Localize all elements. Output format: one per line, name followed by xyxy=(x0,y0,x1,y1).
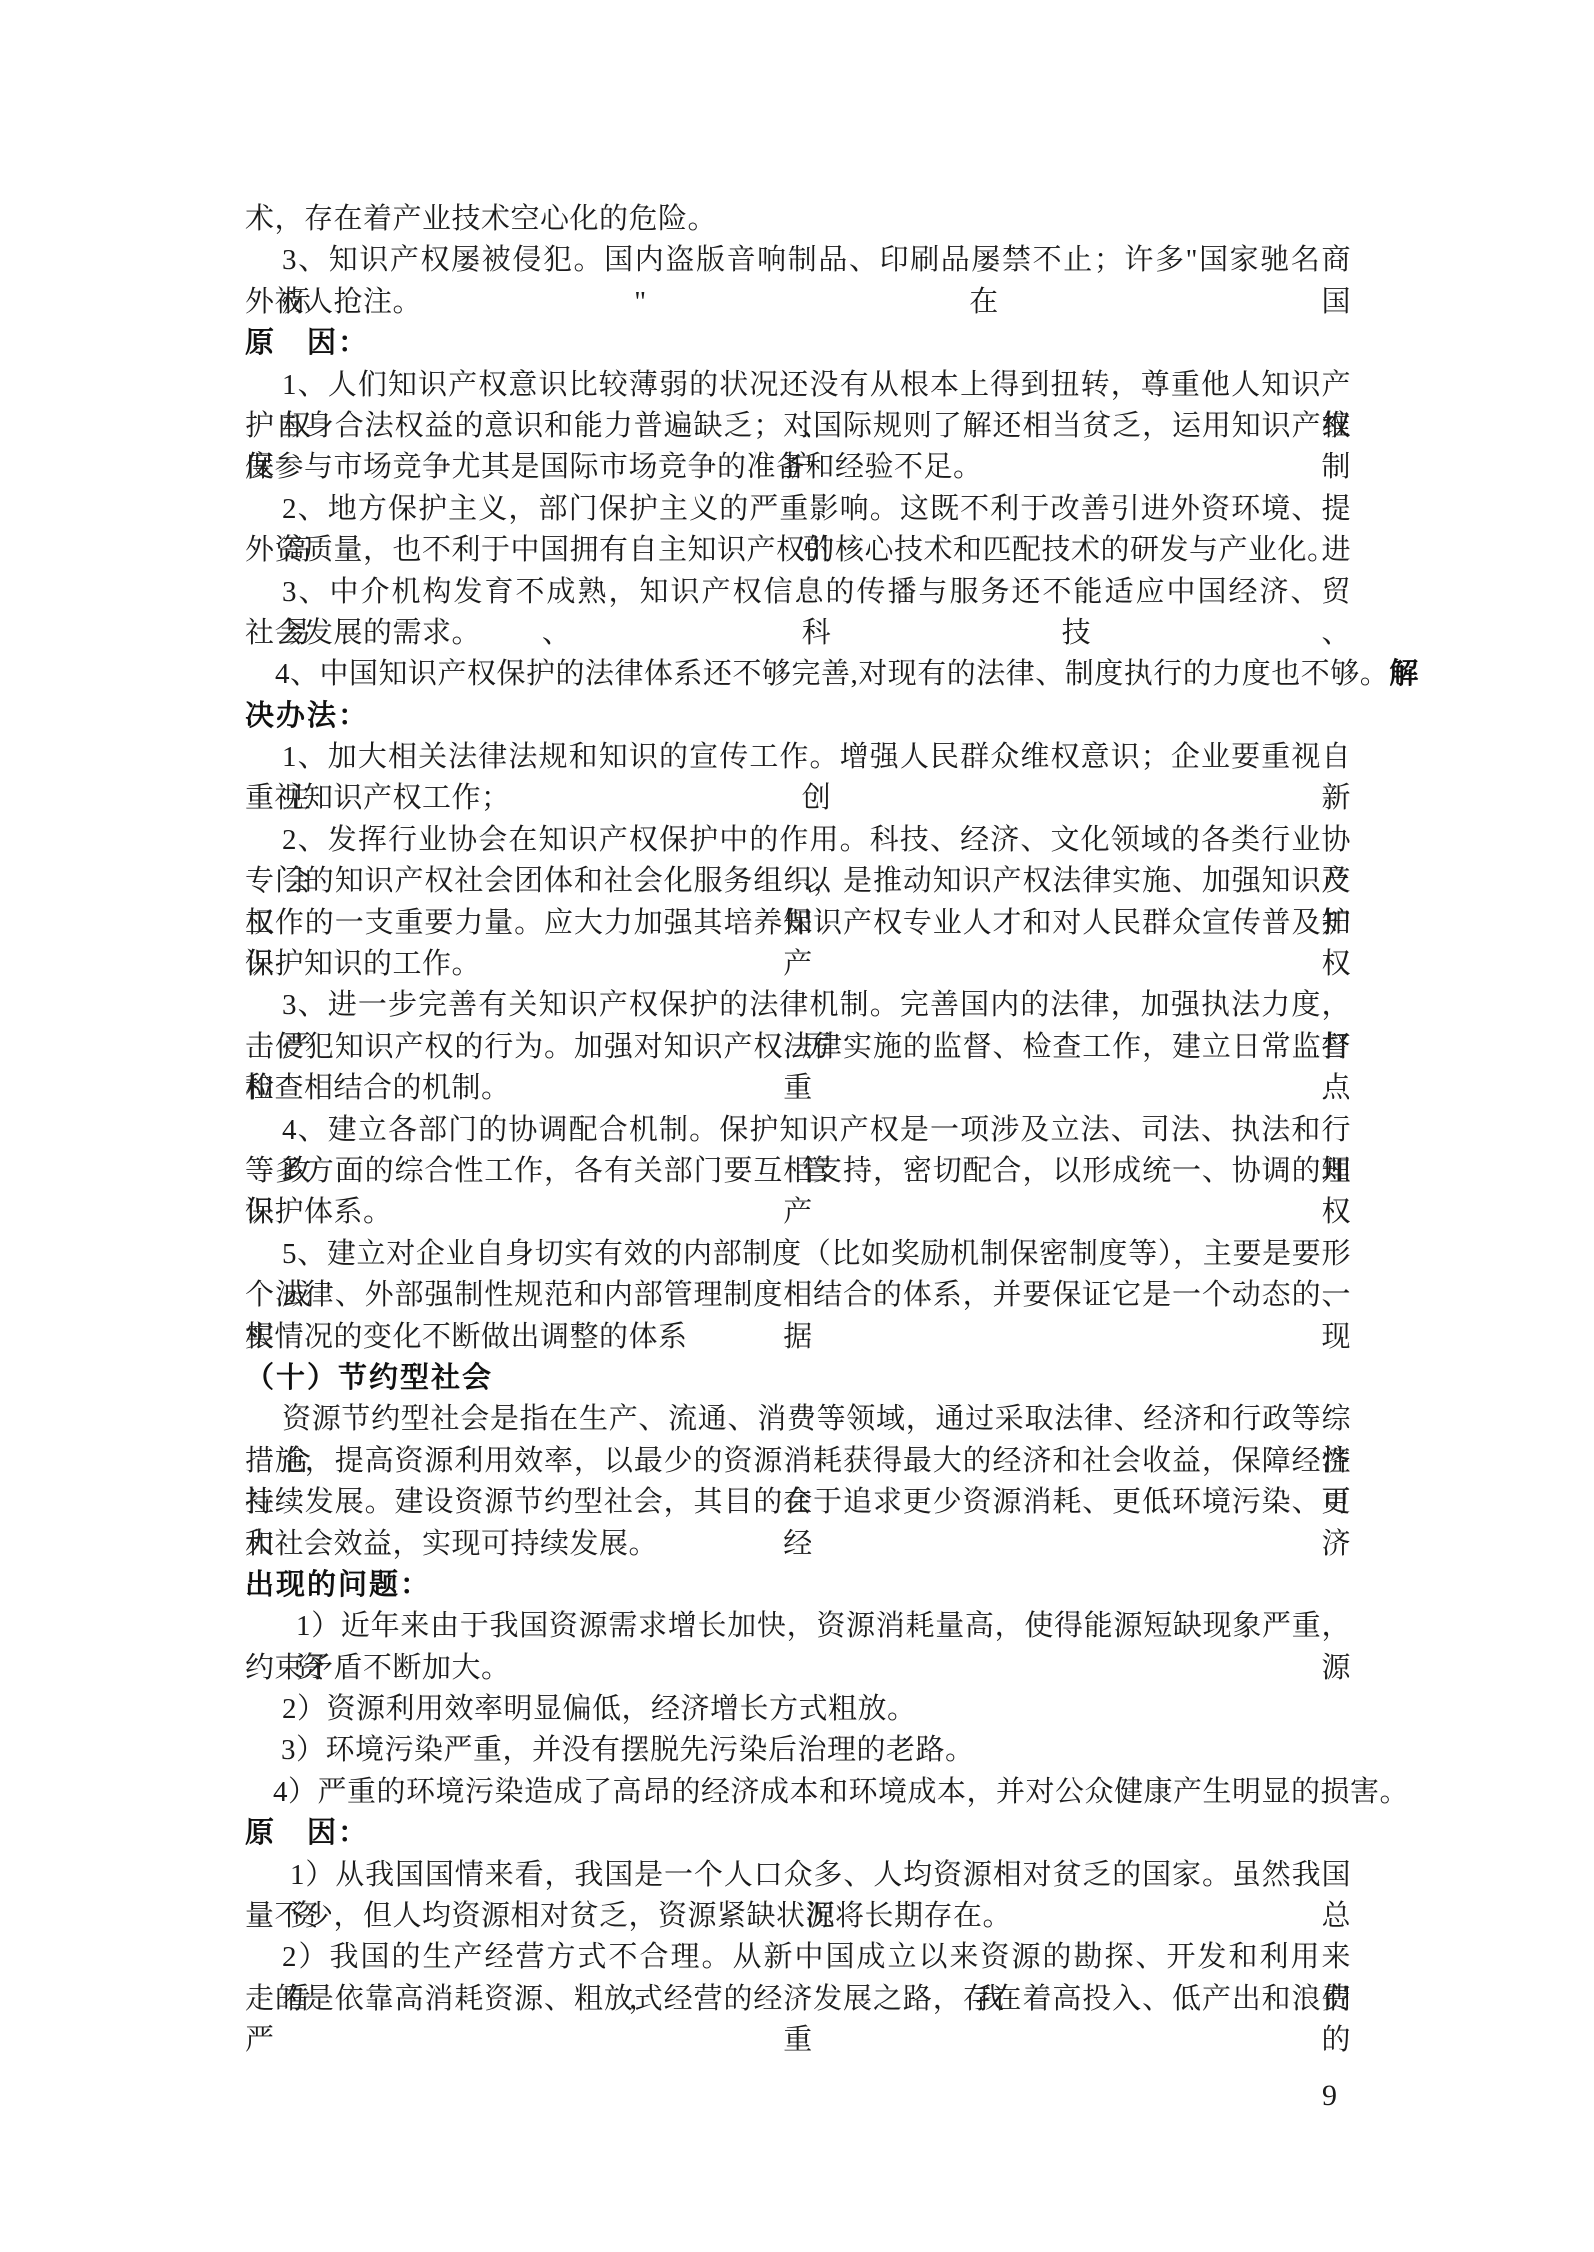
line-text: 度参与市场竞争尤其是国际市场竞争的准备和经验不足。 xyxy=(245,451,983,483)
text-line: 持续发展。建设资源节约型社会，其目的在于追求更少资源消耗、更低环境污染、更大经济 xyxy=(245,1482,1351,1523)
line-text: 出现的问题： xyxy=(245,1569,431,1601)
heading-line: （十）节约型社会 xyxy=(245,1358,1351,1399)
text-line: 走的是依靠高消耗资源、粗放式经营的经济发展之路，存在着高投入、低产出和浪费严重的 xyxy=(245,1979,1351,2020)
line-text: 走的是依靠高消耗资源、粗放式经营的经济发展之路，存在着高投入、低产出和浪费严重的 xyxy=(245,1983,1351,2056)
line-text: 和社会效益，实现可持续发展。 xyxy=(245,1528,658,1560)
heading-line: 决办法： xyxy=(245,696,1351,737)
text-line: 护自身合法权益的意识和能力普遍缺乏；对国际规则了解还相当贫乏，运用知识产权保护制 xyxy=(245,406,1351,447)
text-line: 3、知识产权屡被侵犯。国内盗版音响制品、印刷品屡禁不止；许多"国家驰名商标"在国 xyxy=(245,240,1351,281)
text-line: 2、发挥行业协会在知识产权保护中的作用。科技、经济、文化领域的各类行业协会以及 xyxy=(245,820,1351,861)
line-text: 社会发展的需求。 xyxy=(245,617,481,649)
heading-line: 原 因： xyxy=(245,1813,1351,1854)
text-line: 4）严重的环境污染造成了高昂的经济成本和环境成本，并对公众健康产生明显的损害。 xyxy=(245,1772,1351,1813)
text-line: 1）近年来由于我国资源需求增长加快，资源消耗量高，使得能源短缺现象严重，资源 xyxy=(245,1606,1351,1647)
line-text: 保护体系。 xyxy=(245,1196,393,1228)
text-line: 1、加大相关法律法规和知识的宣传工作。增强人民群众维权意识；企业要重视自主创新 xyxy=(245,737,1351,778)
line-text: 检查相结合的机制。 xyxy=(245,1072,511,1104)
document-page: 术，存在着产业技术空心化的危险。3、知识产权屡被侵犯。国内盗版音响制品、印刷品屡… xyxy=(0,0,1594,2252)
text-line: 1）从我国国情来看，我国是一个人口众多、人均资源相对贫乏的国家。虽然我国资源总 xyxy=(245,1855,1351,1896)
line-text: 术，存在着产业技术空心化的危险。 xyxy=(245,203,717,235)
text-line: 2）我国的生产经营方式不合理。从新中国成立以来资源的勘探、开发和利用来看，我们 xyxy=(245,1937,1351,1978)
line-text: 决办法： xyxy=(245,700,369,732)
line-text: 实情况的变化不断做出调整的体系 xyxy=(245,1321,688,1353)
line-text: 约束矛盾不断加大。 xyxy=(245,1652,511,1684)
bold-tail-text: 解 xyxy=(1389,654,1419,695)
text-line: 2）资源利用效率明显偏低，经济增长方式粗放。 xyxy=(245,1689,1351,1730)
text-line: 个法律、外部强制性规范和内部管理制度相结合的体系，并要保证它是一个动态的、根据现 xyxy=(245,1275,1351,1316)
line-text: 3）环境污染严重，并没有摆脱先污染后治理的老路。 xyxy=(281,1734,975,1766)
line-text: 外被人抢注。 xyxy=(245,286,422,318)
line-text: 2）资源利用效率明显偏低，经济增长方式粗放。 xyxy=(282,1693,917,1725)
line-text: 4）严重的环境污染造成了高昂的经济成本和环境成本，并对公众健康产生明显的损害。 xyxy=(273,1776,1409,1808)
line-text: 重视知识产权工作； xyxy=(245,782,511,814)
line-text: （十）节约型社会 xyxy=(245,1362,493,1394)
text-line: 击侵犯知识产权的行为。加强对知识产权法律实施的监督、检查工作，建立日常监督和重点 xyxy=(245,1027,1351,1068)
text-line: 2、地方保护主义，部门保护主义的严重影响。这既不利于改善引进外资环境、提高引进 xyxy=(245,489,1351,530)
text-line: 3、中介机构发育不成熟，知识产权信息的传播与服务还不能适应中国经济、贸易、科技、 xyxy=(245,572,1351,613)
text-line: 术，存在着产业技术空心化的危险。 xyxy=(245,199,1351,240)
page-number: 9 xyxy=(1322,2076,1337,2116)
text-line: 工作的一支重要力量。应大力加强其培养知识产权专业人才和对人民群众宣传普及知识产权 xyxy=(245,903,1351,944)
heading-line: 原 因： xyxy=(245,323,1351,364)
line-text: 3、知识产权屡被侵犯。国内盗版音响制品、印刷品屡禁不止；许多"国家驰名商标"在国 xyxy=(282,244,1351,317)
text-line: 4、建立各部门的协调配合机制。保护知识产权是一项涉及立法、司法、执法和行政管理 xyxy=(245,1110,1351,1151)
text-line: 资源节约型社会是指在生产、流通、消费等领域，通过采取法律、经济和行政等综合性 xyxy=(245,1399,1351,1440)
text-line: 5、建立对企业自身切实有效的内部制度（比如奖励机制保密制度等），主要是要形成一 xyxy=(245,1234,1351,1275)
text-line: 外资质量，也不利于中国拥有自主知识产权的核心技术和匹配技术的研发与产业化。 xyxy=(245,530,1351,571)
text-line: 4、中国知识产权保护的法律体系还不够完善,对现有的法律、制度执行的力度也不够。解 xyxy=(245,654,1351,695)
heading-line: 出现的问题： xyxy=(245,1565,1351,1606)
line-text: 原 因： xyxy=(245,327,369,359)
text-line: 等多方面的综合性工作，各有关部门要互相支持，密切配合，以形成统一、协调的知识产权 xyxy=(245,1151,1351,1192)
document-body: 术，存在着产业技术空心化的危险。3、知识产权屡被侵犯。国内盗版音响制品、印刷品屡… xyxy=(245,199,1351,2020)
line-text: 外资质量，也不利于中国拥有自主知识产权的核心技术和匹配技术的研发与产业化。 xyxy=(245,534,1337,566)
line-text: 保护知识的工作。 xyxy=(245,948,481,980)
line-text: 量不少，但人均资源相对贫乏，资源紧缺状况将长期存在。 xyxy=(245,1900,1012,1932)
text-line: 专门的知识产权社会团体和社会化服务组织，是推动知识产权法律实施、加强知识产权保护 xyxy=(245,861,1351,902)
line-text: 4、中国知识产权保护的法律体系还不够完善,对现有的法律、制度执行的力度也不够。 xyxy=(275,654,1389,695)
text-line: 措施，提高资源利用效率，以最少的资源消耗获得最大的经济和社会收益，保障经济社会可 xyxy=(245,1441,1351,1482)
line-text: 原 因： xyxy=(245,1817,369,1849)
line-text: 等多方面的综合性工作，各有关部门要互相支持，密切配合，以形成统一、协调的知识产权 xyxy=(245,1155,1351,1228)
text-line: 3）环境污染严重，并没有摆脱先污染后治理的老路。 xyxy=(245,1730,1351,1771)
text-line: 1、人们知识产权意识比较薄弱的状况还没有从根本上得到扭转，尊重他人知识产权、维 xyxy=(245,365,1351,406)
text-line: 3、进一步完善有关知识产权保护的法律机制。完善国内的法律，加强执法力度，严厉打 xyxy=(245,985,1351,1026)
